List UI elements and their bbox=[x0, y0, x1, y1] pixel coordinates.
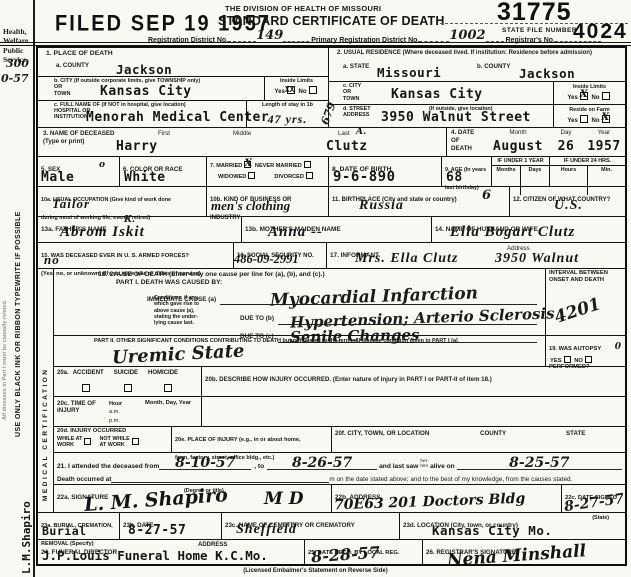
field-spouse: 14. NAME OF HUSBAND OR WIFE Ella Bogart … bbox=[432, 217, 625, 243]
place-inside-yes-mark: XX bbox=[285, 85, 295, 94]
residence-inside-no-checkbox bbox=[602, 92, 610, 100]
residence-inside-limits: Inside Limits YesX No bbox=[553, 82, 625, 104]
attended-to-value: 8-26-57 bbox=[292, 455, 352, 471]
field-interval: INTERVAL BETWEEN ONSET AND DEATH 4201 bbox=[546, 269, 625, 335]
injury-occurred-label: 20d. INJURY OCCURRED bbox=[57, 428, 168, 435]
residence-farm-no-checkbox: X bbox=[602, 115, 610, 123]
father-value: Abrom Iskit bbox=[60, 224, 145, 241]
ssn-value: 486-09-2991 bbox=[234, 252, 299, 267]
field-injury-type: 20a. ACCIDENT SUICIDE HOMICIDE bbox=[54, 367, 202, 395]
field-if-under-1-year: IF UNDER 1 YEAR Months Days bbox=[492, 157, 550, 186]
dod-year-value: 1957 bbox=[587, 139, 620, 154]
residence-farm-label: Reside on Farm bbox=[554, 107, 625, 113]
residence-street-label: d. STREET ADDRESS bbox=[343, 106, 371, 119]
place-county-label: a. COUNTY bbox=[56, 62, 89, 70]
residence-city: c. CITY OR TOWN Kansas City Inside Limit… bbox=[329, 81, 625, 104]
field-armed-forces: 15. WAS DECEASED EVER IN U. S. ARMED FOR… bbox=[38, 243, 234, 268]
marital-married-mark: X bbox=[244, 158, 252, 169]
marital-married-label: MARRIED bbox=[216, 163, 242, 169]
field-signature-address: 22b. ADDRESS 70E63 201 Doctors Bldg bbox=[332, 485, 562, 513]
name-last-annotation: A. bbox=[356, 127, 366, 137]
field-date-of-death: 4. DATE OF DEATH Month August Day 26 Yea… bbox=[447, 128, 625, 156]
place-inside-yes-checkbox: XX bbox=[287, 86, 295, 94]
spouse-value: Ella Bogart Clutz bbox=[450, 224, 575, 241]
margin-faint-note: All diseases in Part I must be causally … bbox=[2, 300, 8, 420]
injury-hour-label: Hour bbox=[109, 400, 145, 408]
medical-certification-band: MEDICAL CERTIFICATION 18. CAUSE OF DEATH… bbox=[38, 269, 625, 513]
field-injury-city: 20f. CITY, TOWN, OR LOCATION COUNTY STAT… bbox=[332, 427, 625, 452]
place-no-label: No bbox=[299, 89, 307, 95]
field-if-under-24-hrs: IF UNDER 24 HRS. Hours Min. bbox=[550, 157, 625, 186]
injury-city-label: 20f. CITY, TOWN, OR LOCATION bbox=[335, 430, 480, 451]
marital-married-checkbox: X bbox=[244, 161, 251, 168]
form-code-year: 0-57 bbox=[1, 72, 29, 85]
name-first-label: First bbox=[158, 130, 170, 138]
dod-month-value: August bbox=[493, 139, 543, 154]
residence-farm: Reside on Farm Yes NoX bbox=[553, 105, 625, 127]
marital-never-label: NEVER MARRIED bbox=[255, 163, 302, 169]
certificate-form: 1. PLACE OF DEATH a. COUNTY Jackson b. C… bbox=[36, 46, 627, 566]
field-place-of-death: 1. PLACE OF DEATH a. COUNTY Jackson b. C… bbox=[38, 48, 329, 127]
attended-prefix: 21. I attended the deceased from bbox=[57, 463, 159, 470]
spine-line bbox=[33, 0, 35, 577]
field-injury-how: 20b. DESCRIBE HOW INJURY OCCURRED. (Ente… bbox=[202, 367, 625, 395]
sex-annotation: o bbox=[99, 160, 105, 170]
injury-num: 20a. bbox=[57, 370, 69, 376]
name-first-value: Harry bbox=[116, 139, 158, 154]
field-age: 9. AGE (In years last birthday) 68 bbox=[442, 157, 492, 186]
field-usual-residence: 2. USUAL RESIDENCE (Where deceased lived… bbox=[329, 48, 625, 127]
row-place-residence: 1. PLACE OF DEATH a. COUNTY Jackson b. C… bbox=[38, 48, 625, 128]
field-father: 13a. FATHER'S NAME K. Abrom Iskit bbox=[38, 217, 242, 243]
armed-forces-value: no bbox=[44, 252, 60, 268]
field-birthplace: 11. BIRTHPLACE (City and state or countr… bbox=[329, 187, 510, 216]
cause-part1-label: PART I. DEATH WAS CAUSED BY: bbox=[116, 279, 545, 287]
cause-part2-label: PART II. OTHER SIGNIFICANT CONDITIONS CO… bbox=[94, 338, 458, 345]
row-parents: 13a. FATHER'S NAME K. Abrom Iskit 13b. M… bbox=[38, 217, 625, 244]
name-label: 3. NAME OF DECEASED (Type or print) bbox=[43, 130, 115, 146]
attended-line2b: m on the date stated above; and to the b… bbox=[329, 476, 572, 483]
marital-num: 7. bbox=[210, 163, 215, 169]
field-cemetery-location: 23d. LOCATION (City, town, or country) (… bbox=[400, 513, 625, 539]
marital-never-checkbox bbox=[304, 161, 311, 168]
injury-homicide-checkbox bbox=[164, 384, 172, 392]
autopsy-yes-label: YES bbox=[550, 358, 562, 364]
field-funeral-director: 24. FUNERAL DIRECTOR ADDRESS J.P.Louis F… bbox=[38, 540, 305, 564]
dod-day-label: Day bbox=[549, 129, 583, 137]
reg-dash-2 bbox=[283, 37, 309, 42]
injury-state-label: STATE bbox=[566, 430, 622, 451]
residence-street-value: 3950 Walnut Street bbox=[381, 110, 531, 125]
footer-note: (Licensed Embalmer's Statement on Revers… bbox=[0, 568, 631, 574]
residence-county-label: b. COUNTY bbox=[477, 63, 510, 71]
field-marital-status: 7. MARRIEDX NEVER MARRIED WIDOWED DIVORC… bbox=[207, 157, 329, 186]
row-occupation: 10a. USUAL OCCUPATION (Give kind of work… bbox=[38, 187, 625, 217]
funeral-director-value: J.P.Louis Funeral Home K.C.Mo. bbox=[42, 548, 268, 563]
injury-how-label: 20b. DESCRIBE HOW INJURY OCCURRED. (Ente… bbox=[205, 376, 492, 383]
residence-no-label: No bbox=[592, 95, 600, 101]
place-city: b. CITY (If outside corporate limits, gi… bbox=[38, 76, 328, 100]
medical-certification-label: MEDICAL CERTIFICATION bbox=[42, 368, 49, 502]
black-ink-note: USE ONLY BLACK INK OR RIBBON TYPEWRITE I… bbox=[15, 211, 22, 437]
division-line: THE DIVISION OF HEALTH OF MISSOURI bbox=[225, 4, 381, 13]
residence-farm-yes-label: Yes bbox=[567, 118, 577, 124]
residence-state-label: a. STATE bbox=[343, 63, 369, 71]
place-title: 1. PLACE OF DEATH bbox=[38, 48, 328, 60]
row-name-dod: 3. NAME OF DECEASED (Type or print) Firs… bbox=[38, 128, 625, 157]
cause-part2-value: Uremic State bbox=[112, 341, 245, 369]
reg-dash-1 bbox=[228, 37, 256, 42]
primary-district-label: Primary Registration District No. bbox=[311, 37, 419, 44]
injury-notwhile-checkbox bbox=[132, 438, 139, 445]
injury-while-label: WHILE AT WORK bbox=[57, 436, 82, 449]
attended-saw-label: and last saw bbox=[379, 463, 418, 470]
injury-suicide-checkbox bbox=[124, 384, 132, 392]
injury-mdy-label: Month, Day, Year bbox=[145, 400, 191, 425]
field-race: 6. COLOR OR RACE White bbox=[120, 157, 207, 186]
field-injury-time-blank bbox=[202, 397, 625, 426]
attended-to-label: , to bbox=[254, 463, 264, 470]
field-informant: 17. INFORMANT Mrs. Ella Clutz Address 39… bbox=[327, 243, 625, 268]
injury-suicide-label: SUICIDE bbox=[114, 370, 138, 376]
birth-value: 9-6-890 bbox=[333, 169, 396, 185]
residence-yes-label: Yes bbox=[567, 95, 577, 101]
field-burial-type: 23a. BURIAL, CREMATION, REMOVAL (Specify… bbox=[38, 513, 120, 539]
autopsy-annotation: 0 bbox=[615, 342, 621, 352]
field-citizen: 12. CITIZEN OF WHAT COUNTRY? U.S. bbox=[510, 187, 625, 216]
place-inside-limits-label: Inside Limits bbox=[265, 78, 328, 84]
place-inside-limits: Inside Limits YesXX No bbox=[264, 77, 328, 100]
field-sex: 5. SEX o Male bbox=[38, 157, 120, 186]
race-value: White bbox=[124, 170, 166, 185]
place-hospital: c. FULL NAME OF (If NOT in hospital, giv… bbox=[38, 100, 328, 127]
cemetery-location-state-label: (State) bbox=[592, 515, 609, 521]
place-county: a. COUNTY Jackson bbox=[38, 60, 328, 76]
industry-value: men's clothing bbox=[211, 198, 290, 214]
field-date-signed: 22c. DATE SIGNED 8-27-57 bbox=[562, 485, 625, 513]
physician-margin-name: L.M.Shapiro bbox=[20, 501, 33, 574]
row-burial: 23a. BURIAL, CREMATION, REMOVAL (Specify… bbox=[38, 513, 625, 540]
injury-while-checkbox bbox=[84, 438, 91, 445]
row-attended: 21. I attended the deceased from 8-10-57… bbox=[54, 453, 625, 485]
registrar-signature-value: Nena Minshall bbox=[446, 541, 586, 571]
form-code: 300 bbox=[6, 57, 29, 70]
cause-due-b-label: DUE TO (b) bbox=[240, 309, 274, 325]
occupation-value: Tailor bbox=[52, 196, 90, 212]
row-signature: 22a. SIGNATURE (Degree or title) L. M. S… bbox=[54, 485, 625, 513]
signature-degree-value: M D bbox=[264, 489, 303, 509]
birthplace-value: Russia bbox=[359, 198, 404, 214]
row-injury-type: 20a. ACCIDENT SUICIDE HOMICIDE 20b. DESC… bbox=[54, 367, 625, 396]
reg-district-label: Registration District No. bbox=[148, 37, 228, 44]
informant-address-value: 3950 Walnut bbox=[495, 251, 579, 267]
dod-year-label: Year bbox=[583, 129, 625, 137]
registrar-label: Registrar's No. bbox=[506, 37, 556, 44]
field-name-of-deceased: 3. NAME OF DECEASED (Type or print) Firs… bbox=[38, 128, 447, 156]
autopsy-no-checkbox bbox=[585, 356, 592, 363]
row-injury-time: 20c. TIME OF INJURY Hour a.m. p.m. Month… bbox=[54, 397, 625, 427]
birthplace-annotation: 6 bbox=[482, 188, 491, 203]
injury-am-label: a.m. bbox=[109, 408, 145, 416]
registration-line: Registration District No.149 Primary Reg… bbox=[148, 31, 601, 46]
interval-value: 4201 bbox=[552, 294, 603, 328]
residence-street: 679 d. STREET ADDRESS (If outside, give … bbox=[329, 104, 625, 127]
place-yes-label: Yes bbox=[274, 89, 284, 95]
field-cemetery: 23c. NAME OF CEMETERY OR CREMATORY Sheff… bbox=[222, 513, 400, 539]
certificate-title: STANDARD CERTIFICATE OF DEATH bbox=[218, 14, 445, 28]
injury-accident-label: ACCIDENT bbox=[73, 370, 104, 376]
cause-label: 18. CAUSE OF DEATH (Enter only one cause… bbox=[98, 271, 545, 279]
place-stay-label: Length of stay in 1b bbox=[247, 102, 328, 108]
injury-homicide-label: HOMICIDE bbox=[148, 370, 178, 376]
injury-time-label: 20c. TIME OF INJURY bbox=[57, 400, 109, 425]
injury-accident-checkbox bbox=[82, 384, 90, 392]
citizen-value: U.S. bbox=[554, 198, 583, 214]
residence-city-label: c. CITY OR TOWN bbox=[343, 83, 361, 102]
burial-date-value: 8-27-57 bbox=[128, 523, 186, 538]
row-sex-age: 5. SEX o Male 6. COLOR OR RACE White 7. … bbox=[38, 157, 625, 187]
dod-day-value: 26 bbox=[558, 139, 575, 154]
field-date-received: 25. DATE RECD. BY LOCAL REG. 8-28-57 bbox=[305, 540, 423, 564]
primary-district-value: 1002 bbox=[449, 28, 485, 43]
cause-conditions-note: Conditions, if any, which gave rise to a… bbox=[154, 295, 199, 326]
autopsy-yes-checkbox bbox=[564, 356, 571, 363]
dod-label: 4. DATE OF DEATH bbox=[451, 129, 487, 156]
injury-county-label: COUNTY bbox=[480, 430, 566, 451]
mother-value: Anna -- bbox=[268, 224, 323, 241]
residence-inside-yes-checkbox: X bbox=[580, 92, 588, 100]
marital-divorced-checkbox bbox=[306, 172, 313, 179]
interval-label: INTERVAL BETWEEN ONSET AND DEATH bbox=[549, 270, 622, 284]
burial-value: Burial bbox=[42, 524, 87, 538]
cemetery-value: Sheffield bbox=[236, 522, 297, 538]
reg-dash-4 bbox=[486, 37, 504, 42]
medical-certification-strip: MEDICAL CERTIFICATION bbox=[38, 269, 54, 512]
field-cause-part2: PART II. OTHER SIGNIFICANT CONDITIONS CO… bbox=[54, 336, 546, 366]
date-received-value: 8-28-57 bbox=[310, 543, 380, 567]
field-date-of-birth: 8. DATE OF BIRTH 9-6-890 bbox=[329, 157, 442, 186]
field-industry: 10b. KIND OF BUSINESS OR INDUSTRY men's … bbox=[207, 187, 329, 216]
under1-label: IF UNDER 1 YEAR bbox=[492, 157, 549, 166]
father-annotation: K. bbox=[124, 215, 135, 225]
death-certificate-scan: Health, Welfare Public Service 300 0-57 … bbox=[0, 0, 631, 577]
signature-value: L. M. Shapiro bbox=[83, 484, 228, 516]
attended-line2a: Death occurred at bbox=[57, 476, 111, 483]
name-last-label: Last bbox=[338, 130, 350, 138]
residence-title: 2. USUAL RESIDENCE (Where deceased lived… bbox=[329, 48, 625, 63]
place-hospital-value: Menorah Medical Center bbox=[86, 110, 269, 125]
reg-district-value: 149 bbox=[256, 28, 283, 43]
place-inside-no-checkbox bbox=[309, 86, 317, 94]
field-cause-of-death: 18. CAUSE OF DEATH (Enter only one cause… bbox=[54, 269, 546, 335]
row-funeral: 24. FUNERAL DIRECTOR ADDRESS J.P.Louis F… bbox=[38, 540, 625, 564]
place-county-value: Jackson bbox=[116, 62, 172, 77]
under24-label: IF UNDER 24 HRS. bbox=[550, 157, 625, 166]
marital-widowed-label: WIDOWED bbox=[218, 174, 246, 180]
field-injury-place: 20e. PLACE OF INJURY (e.g., in or about … bbox=[172, 427, 332, 452]
attended-herhim-label: her him bbox=[420, 459, 428, 470]
row-service-ssn-informant: 15. WAS DECEASED EVER IN U. S. ARMED FOR… bbox=[38, 243, 625, 269]
sex-value: Male bbox=[41, 170, 74, 185]
residence-inside-yes-mark: X bbox=[580, 89, 588, 100]
place-city-value: Kansas City bbox=[100, 84, 192, 99]
field-attended: 21. I attended the deceased from 8-10-57… bbox=[54, 453, 625, 484]
autopsy-no-label: NO bbox=[574, 358, 583, 364]
field-occupation: 10a. USUAL OCCUPATION (Give kind of work… bbox=[38, 187, 207, 216]
row-cause-part1: 18. CAUSE OF DEATH (Enter only one cause… bbox=[54, 269, 625, 335]
field-injury-occurred: 20d. INJURY OCCURRED WHILE AT WORK NOT W… bbox=[54, 427, 172, 452]
residence-inside-limits-label: Inside Limits bbox=[554, 84, 625, 90]
field-ssn: 16. SOCIAL SECURITY NO. 486-09-2991 bbox=[234, 243, 327, 268]
field-registrar-signature: 26. REGISTRAR'S SIGNATURE Nena Minshall bbox=[423, 540, 625, 564]
residence-farm-no-mark: X bbox=[602, 112, 610, 123]
residence-farm-no-label: No bbox=[592, 118, 600, 124]
dod-month-label: Month bbox=[487, 129, 549, 137]
residence-state-value: Missouri bbox=[377, 65, 441, 80]
name-last-value: Clutz bbox=[326, 139, 368, 154]
marital-widowed-checkbox bbox=[248, 172, 255, 179]
row-injury-place: 20d. INJURY OCCURRED WHILE AT WORK NOT W… bbox=[54, 427, 625, 453]
row-cause-part2: PART II. OTHER SIGNIFICANT CONDITIONS CO… bbox=[54, 335, 625, 367]
field-injury-time: 20c. TIME OF INJURY Hour a.m. p.m. Month… bbox=[54, 397, 202, 426]
cemetery-location-value: Kansas City Mo. bbox=[432, 523, 552, 538]
field-autopsy: 19. WAS AUTOPSY PERFORMED? 0 YES NO bbox=[546, 336, 625, 366]
residence-farm-yes-checkbox bbox=[580, 115, 588, 123]
marital-divorced-label: DIVORCED bbox=[274, 174, 304, 180]
reg-dash-5 bbox=[555, 37, 601, 42]
field-mother: 13b. MOTHER'S MAIDEN NAME Anna -- bbox=[242, 217, 432, 243]
attended-saw-value: 8-25-57 bbox=[509, 455, 569, 471]
field-burial-date: 23b. DATE 8-27-57 bbox=[120, 513, 222, 539]
reg-dash-3 bbox=[419, 37, 449, 42]
attended-from-value: 8-10-57 bbox=[175, 455, 235, 471]
residence-city-value: Kansas City bbox=[391, 87, 483, 102]
injury-notwhile-label: NOT WHILE AT WORK bbox=[99, 436, 129, 449]
injury-pm-label: p.m. bbox=[109, 417, 145, 425]
attended-alive-label: alive on bbox=[430, 463, 455, 470]
name-middle-label: Middle bbox=[233, 130, 251, 138]
field-signature: 22a. SIGNATURE (Degree or title) L. M. S… bbox=[54, 485, 332, 513]
age-value: 68 bbox=[446, 170, 463, 185]
residence-county-value: Jackson bbox=[519, 66, 575, 81]
informant-value: Mrs. Ella Clutz bbox=[355, 251, 458, 267]
residence-state-county: a. STATE Missouri b. COUNTY Jackson bbox=[329, 63, 625, 81]
